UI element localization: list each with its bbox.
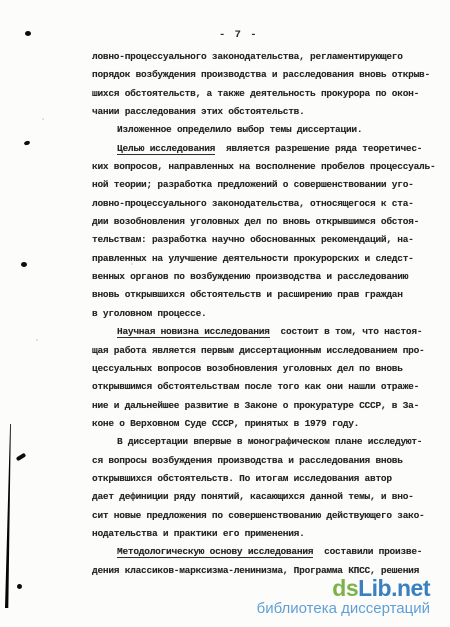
text-line: Целью исследования является разрешение р… [92,140,448,158]
scan-speck [36,339,38,341]
text-segment: ловно-процессуального законодательства, … [92,198,414,209]
text-line: чании расследования этих обстоятельств. [92,103,448,121]
text-segment: порядок возбуждения производства и рассл… [92,69,430,80]
text-segment: нодательства и практики его применения. [92,528,305,539]
text-line: щая работа является первым диссертационн… [92,342,448,360]
text-segment: состоит в том, что настоя- [270,326,423,337]
text-line: вновь открывшихся обстоятельств и расшир… [92,286,448,304]
scanned-document-page: - 7 - ловно-процессуального законодатель… [0,0,450,627]
text-line: Научная новизна исследования состоит в т… [92,323,448,341]
text-segment: шихся обстоятельств, а также деятельност… [92,88,419,99]
text-segment: составили произве- [313,546,422,557]
scan-artifact-dot [24,140,31,146]
text-segment: В диссертации впервые в монографическом … [117,436,422,447]
scan-artifact-dash [16,453,27,462]
text-segment: ких вопросов, направленных на восполнени… [92,161,435,172]
text-line: тельствам: разработка научно обоснованны… [92,231,448,249]
text-segment: открывшимся обстоятельствам после того к… [92,381,419,392]
underlined-phrase: Методологическую основу исследования [117,546,313,558]
text-segment: Изложенное определило выбор темы диссерт… [117,124,362,135]
text-segment: является разрешение ряда теоретичес- [215,143,422,154]
text-segment: ся вопросы возбуждения производства и ра… [92,455,403,466]
text-line: Методологическую основу исследования сос… [92,543,448,561]
text-line: дает дефиниции ряду понятий, касающихся … [92,488,448,506]
text-line: ких вопросов, направленных на восполнени… [92,158,448,176]
watermark-brand-suffix: Lib.net [358,575,430,601]
text-line: открывшихся обстоятельств. По итогам исс… [92,470,448,488]
text-segment: чании расследования этих обстоятельств. [92,106,305,117]
scan-artifact-dot [21,262,27,267]
text-line: ся вопросы возбуждения производства и ра… [92,452,448,470]
scan-artifact-dot [17,584,22,589]
text-line: ной теории; разработка предложений о сов… [92,176,448,194]
text-segment: дения классиков-марксизма-ленинизма, Про… [92,565,419,576]
text-segment: ной теории; разработка предложений о сов… [92,179,414,190]
text-line: ловно-процессуального законодательства, … [92,195,448,213]
text-line: венных органов по возбуждению производст… [92,268,448,286]
text-line: шихся обстоятельств, а также деятельност… [92,85,448,103]
text-segment: венных органов по возбуждению производст… [92,271,408,282]
text-segment: вновь открывшихся обстоятельств и расшир… [92,289,403,300]
text-segment: открывшихся обстоятельств. По итогам исс… [92,473,392,484]
scan-artifact-dot [25,31,31,36]
text-line: цессуальных вопросов возобновления уголо… [92,360,448,378]
page-number: - 7 - [219,29,258,41]
text-line: нодательства и практики его применения. [92,525,448,543]
watermark: dsLib.net библиотека диссертаций [257,577,430,617]
watermark-tagline: библиотека диссертаций [257,600,430,617]
text-segment: дает дефиниции ряду понятий, касающихся … [92,491,414,502]
text-segment: щая работа является первым диссертационн… [92,345,425,356]
text-line: правленных на улучшение деятельности про… [92,250,448,268]
underlined-phrase: Целью исследования [117,143,215,155]
text-line: ловно-процессуального законодательства, … [92,48,448,66]
text-segment: в уголовном процессе. [92,308,206,319]
scan-speck [42,118,44,120]
text-line: открывшимся обстоятельствам после того к… [92,378,448,396]
text-line: ние и дальнейшее развитие в Законе о про… [92,397,448,415]
text-segment: сит новые предложения по совершенствован… [92,510,425,521]
text-segment: тельствам: разработка научно обоснованны… [92,234,414,245]
text-line: сит новые предложения по совершенствован… [92,507,448,525]
text-segment: дии возобновления уголовных дел по вновь… [92,216,419,227]
text-line: коне о Верховном Суде СССР, принятых в 1… [92,415,448,433]
text-segment: правленных на улучшение деятельности про… [92,253,414,264]
document-text: ловно-процессуального законодательства, … [92,48,448,580]
text-line: Изложенное определило выбор темы диссерт… [92,121,448,139]
watermark-brand: dsLib.net [257,577,430,599]
watermark-brand-prefix: ds [332,575,358,601]
text-line: В диссертации впервые в монографическом … [92,433,448,451]
text-segment: коне о Верховном Суде СССР, принятых в 1… [92,418,359,429]
text-segment: ловно-процессуального законодательства, … [92,51,403,62]
text-line: в уголовном процессе. [92,305,448,323]
text-segment: цессуальных вопросов возобновления уголо… [92,363,403,374]
text-line: порядок возбуждения производства и рассл… [92,66,448,84]
scan-artifact-edge-line [5,424,11,608]
scan-speck [131,263,133,265]
text-line: дии возобновления уголовных дел по вновь… [92,213,448,231]
text-segment: ние и дальнейшее развитие в Законе о про… [92,400,419,411]
underlined-phrase: Научная новизна исследования [117,326,270,338]
